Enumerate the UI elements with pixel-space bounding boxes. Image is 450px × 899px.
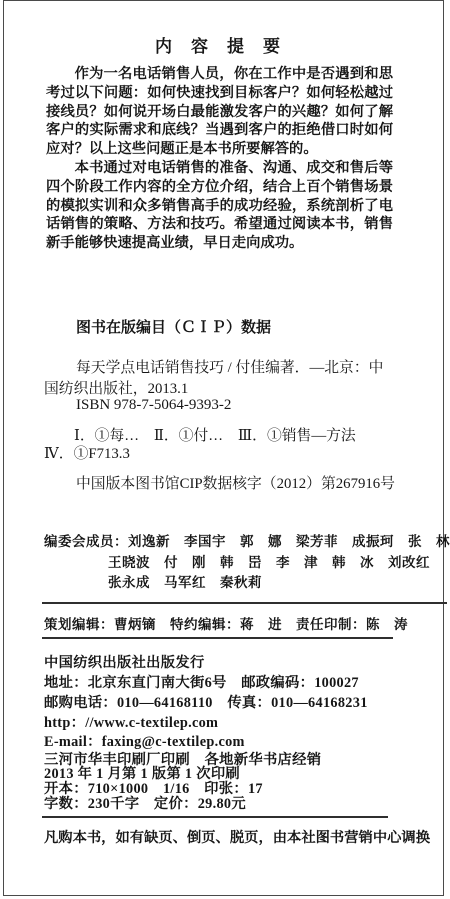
cip-heading: 图书在版编目（ＣＩＰ）数据: [76, 316, 271, 337]
committee-line-2: 王晓波 付 刚 韩 岊 李 津 韩 冰 刘改红: [108, 551, 430, 571]
cip-entry-line-2: 国纺织出版社，2013.1: [44, 377, 188, 398]
committee-line-1: 编委会成员：刘逸新 李国宇 郭 娜 梁芳菲 成振珂 张 林: [44, 530, 450, 550]
cip-entry-line-1: 每天学点电话销售技巧 / 付佳编著．—北京：中: [76, 356, 383, 377]
divider-top: [42, 602, 447, 604]
cip-record-number: 中国版本图书馆CIP数据核字（2012）第267916号: [76, 472, 395, 493]
publisher-name-line: 中国纺织出版社出版发行: [44, 652, 205, 672]
isbn-line: ISBN 978-7-5064-9393-2: [76, 397, 231, 414]
publisher-address-line: 地址：北京东直门南大街6号 邮政编码：100027: [44, 672, 359, 692]
committee-line-3: 张永成 马军红 秦秋莉: [108, 571, 262, 591]
publisher-phone-line: 邮购电话：010—64168110 传真：010—64168231: [44, 692, 368, 712]
divider-middle: [42, 637, 393, 639]
editors-line: 策划编辑：曹炳镝 特约编辑：蒋 进 责任印制：陈 涛: [44, 613, 408, 633]
wordcount-price-line: 字数：230千字 定价：29.80元: [44, 793, 246, 813]
summary-block: 作为一名电话销售人员，你在工作中是否遇到和思考过以下问题：如何快速找到目标客户？…: [46, 65, 393, 253]
copyright-page: 内 容 提 要 作为一名电话销售人员，你在工作中是否遇到和思考过以下问题：如何快…: [3, 0, 444, 896]
summary-paragraph-2: 本书通过对电话销售的准备、沟通、成交和售后等四个阶段工作内容的全方位介绍，结合上…: [46, 159, 393, 253]
publisher-http-line: http：//www.c-textilep.com: [44, 712, 218, 732]
publisher-email-line: E-mail：faxing@c-textilep.com: [44, 731, 245, 751]
divider-bottom: [42, 816, 388, 818]
exchange-note: 凡购本书，如有缺页、倒页、脱页，由本社图书营销中心调换: [44, 827, 430, 847]
summary-paragraph-1: 作为一名电话销售人员，你在工作中是否遇到和思考过以下问题：如何快速找到目标客户？…: [46, 65, 393, 159]
classification-line-2: Ⅳ．①F713.3: [44, 442, 130, 463]
summary-title: 内 容 提 要: [44, 32, 392, 57]
